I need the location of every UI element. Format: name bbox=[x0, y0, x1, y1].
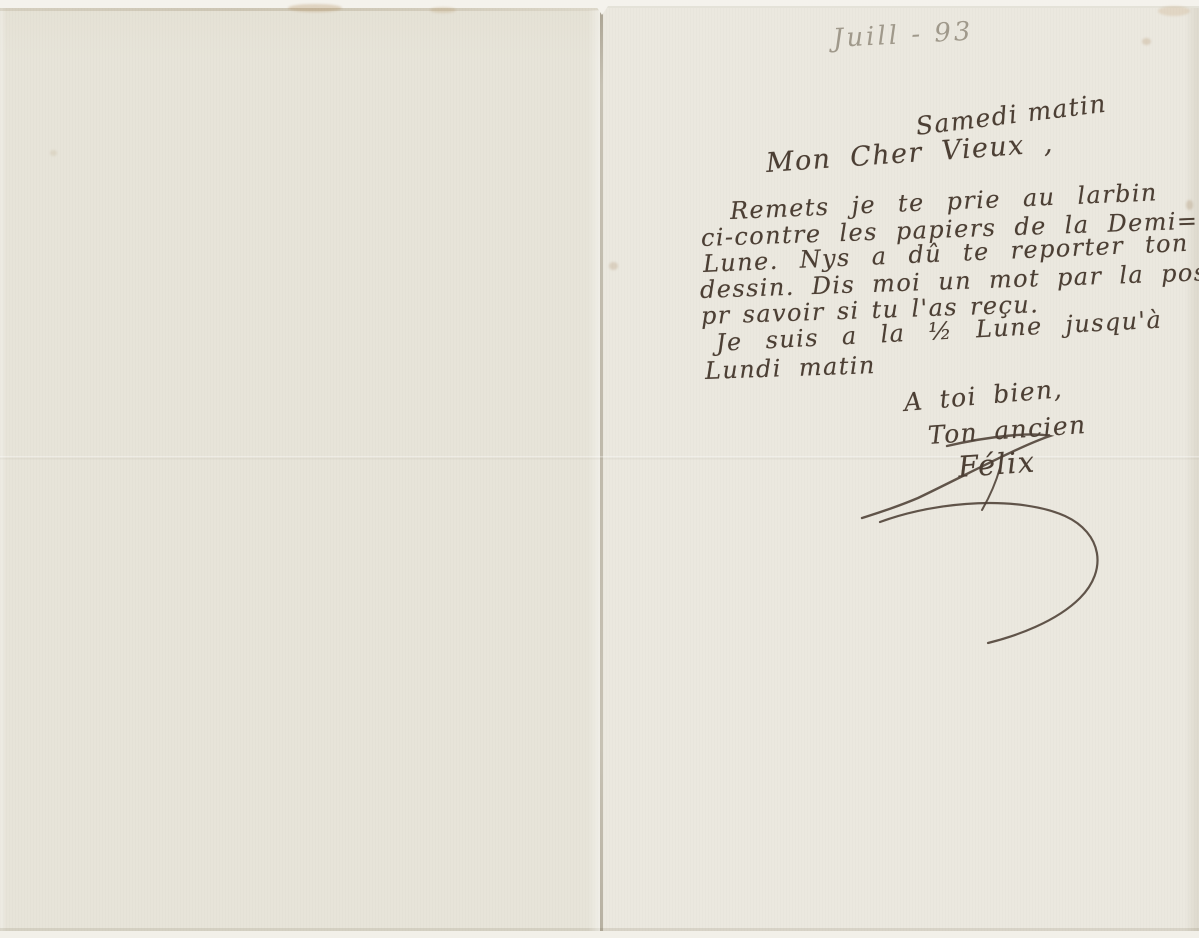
paper-top-edge-right bbox=[603, 6, 1199, 8]
fold-line bbox=[600, 12, 603, 931]
fold-highlight bbox=[588, 10, 600, 931]
foxing-spot bbox=[430, 7, 456, 13]
left-page-blank bbox=[0, 0, 603, 938]
foxing-spot bbox=[1158, 6, 1190, 16]
foxing-spot bbox=[50, 150, 57, 156]
signature: Félix bbox=[957, 445, 1037, 484]
foxing-spot bbox=[288, 4, 342, 12]
letter-body-line: Lundi matin bbox=[705, 351, 877, 385]
foxing-spot bbox=[1142, 38, 1151, 45]
fold-notch-tear bbox=[592, 0, 612, 15]
scan-background-bottom bbox=[0, 931, 1199, 938]
foxing-spot bbox=[609, 262, 618, 270]
letter-scan: Juill - 93 Samedi matin Mon Cher Vieux ,… bbox=[0, 0, 1199, 938]
